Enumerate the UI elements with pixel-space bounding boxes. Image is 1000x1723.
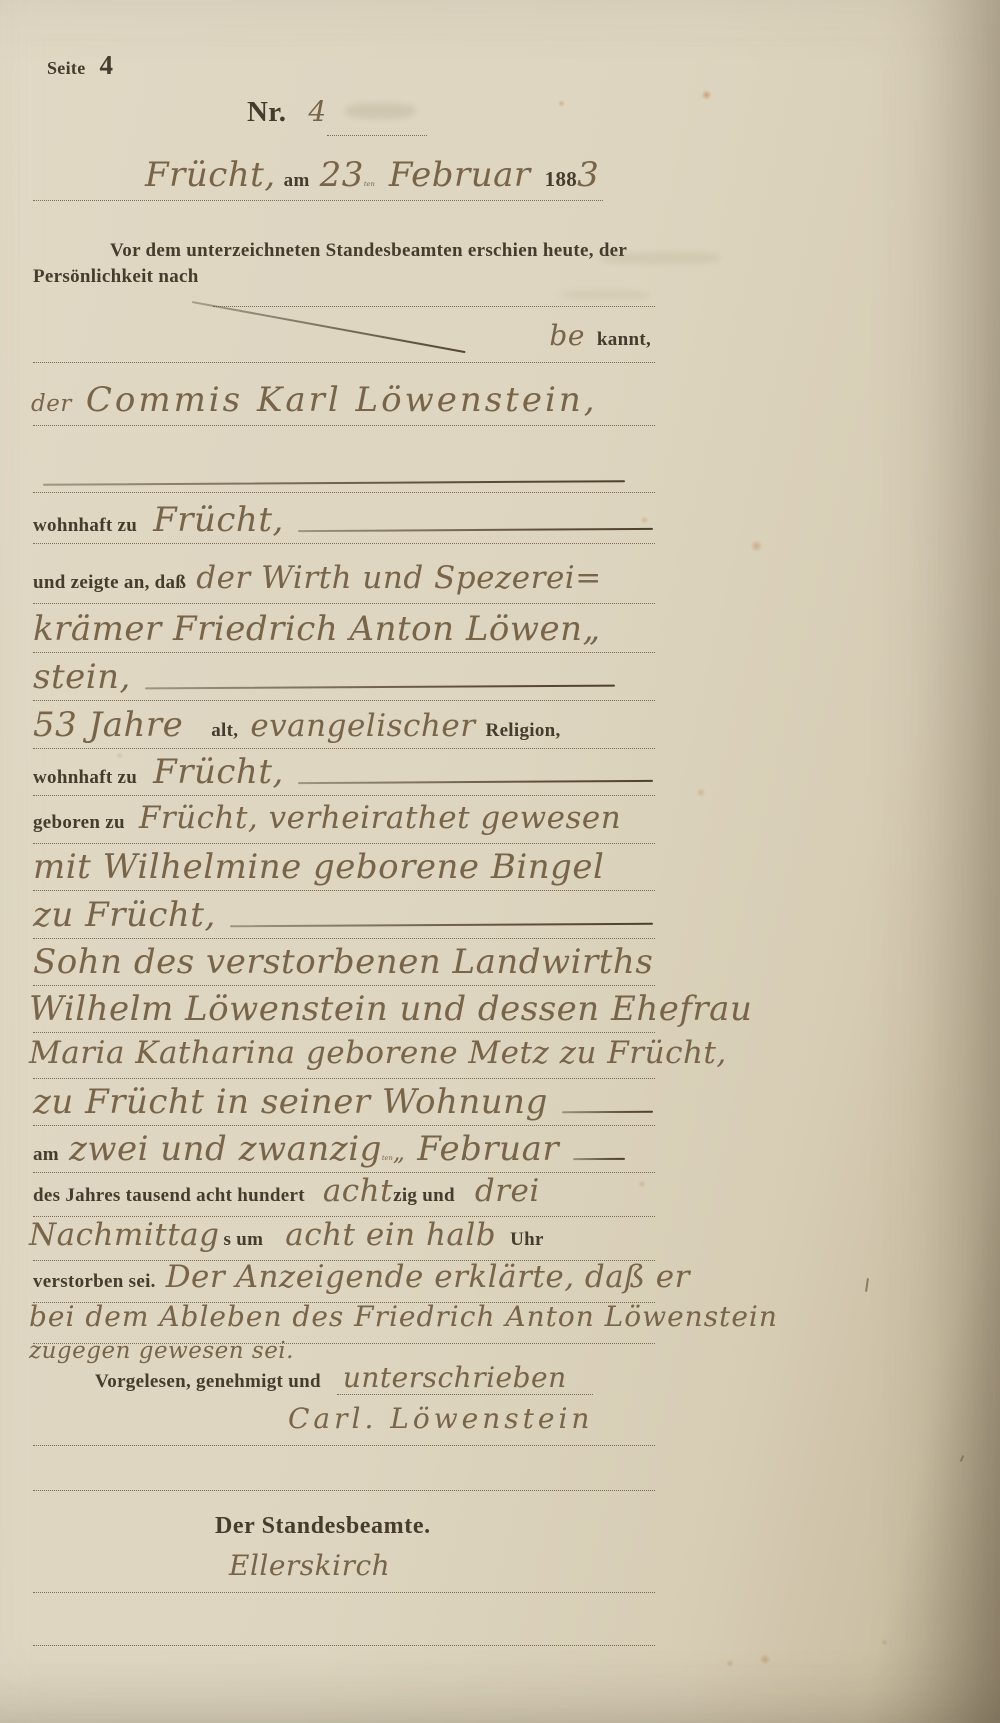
page-number-header: Seite 4 — [47, 52, 167, 86]
spouse-place-hand: zu Frücht, — [33, 898, 216, 932]
vorgelesen-line: Vorgelesen, genehmigt und unterschrieben — [33, 1364, 603, 1400]
foxing-spot — [881, 1639, 888, 1646]
death-date-line: am zwei und zwanzig ten „ Februar — [33, 1132, 655, 1173]
religion-hand: evangelischer — [250, 711, 475, 742]
death-day-suffix: ten — [382, 1155, 393, 1162]
dotted-rule — [327, 135, 427, 136]
record-number-line: Nr. 4 — [247, 98, 427, 136]
stein-line: stein, — [33, 660, 655, 701]
hand-rule — [230, 923, 653, 928]
wohnung-hand: zu Frücht in seiner Wohnung — [33, 1085, 548, 1119]
mother-line: Maria Katharina geborene Metz zu Frücht, — [33, 1038, 655, 1079]
declarant-name: Commis Karl Löwenstein, — [86, 383, 598, 417]
am-label: am — [33, 1145, 59, 1164]
wohnhaft-label: wohnhaft zu — [33, 516, 137, 535]
wohnhaft-label: wohnhaft zu — [33, 768, 137, 787]
dateline-year-printed: 188 — [545, 169, 577, 190]
sohn-hand: Sohn des verstorbenen Landwirths — [33, 945, 653, 979]
religion-label: Religion, — [486, 721, 561, 740]
intro-text: Vor dem unterzeichneten Standesbeamten e… — [110, 241, 627, 260]
unterschrieben-hand: unterschrieben — [337, 1364, 593, 1395]
blank-crossed-line — [33, 452, 655, 493]
father-line-2: Wilhelm Löwenstein und dessen Ehefrau — [33, 992, 655, 1033]
death-month-hand: Februar — [417, 1132, 559, 1166]
stein-hand: stein, — [33, 660, 131, 694]
hand-rule — [573, 1158, 625, 1160]
registrar-signature-line: Ellerskirch — [33, 1552, 655, 1593]
ableben-hand: bei dem Ableben des Friedrich Anton Löwe… — [29, 1303, 778, 1331]
residence-line-2: wohnhaft zu Frücht, — [33, 755, 655, 796]
age-hand: 53 Jahre — [33, 708, 183, 742]
registrar-signature: Ellerskirch — [229, 1552, 390, 1580]
declarant-der: der — [31, 393, 72, 416]
vorgelesen-label: Vorgelesen, genehmigt und — [95, 1372, 321, 1391]
alt-label: alt, — [211, 721, 238, 740]
dotted-rule — [213, 306, 655, 307]
intro-line: Vor dem unterzeichneten Standesbeamten e… — [33, 241, 655, 267]
nr-value: 4 — [308, 98, 326, 126]
death-day-hand: zwei und zwanzig — [69, 1132, 382, 1166]
persoenlichkeit-line: Persönlichkeit nach — [33, 267, 655, 307]
dateline-month: Februar — [389, 158, 531, 192]
kannt-printed: kannt, — [597, 330, 651, 349]
geboren-hand: Frücht, verheirathet gewesen — [139, 803, 621, 834]
hand-rule — [43, 480, 625, 486]
year-printed-2: zig und — [393, 1186, 455, 1205]
erklaerte-hand: Der Anzeigende erklärte, daß er — [166, 1262, 690, 1293]
father-line-1: Sohn des verstorbenen Landwirths — [33, 945, 655, 986]
zugegen-hand: zugegen gewesen sei. — [29, 1340, 294, 1363]
dateline-day-suffix: ten — [364, 181, 375, 188]
time-printed-2: Uhr — [510, 1230, 544, 1249]
ink-mark — [865, 1278, 869, 1292]
deceased-statement-line: verstorben sei. Der Anzeigende erklärte,… — [33, 1262, 655, 1303]
foxing-spot — [759, 1654, 771, 1665]
foxing-spot — [750, 540, 763, 552]
dateline-year-hand: 3 — [577, 158, 599, 192]
persoenlichkeit-text: Persönlichkeit nach — [33, 267, 199, 286]
zeigte-label: und zeigte an, daß — [33, 573, 186, 592]
foxing-spot — [726, 1660, 734, 1667]
dateline-place: Frücht, — [145, 158, 276, 192]
be-hand: be — [549, 322, 585, 350]
geboren-label: geboren zu — [33, 813, 125, 832]
registrar-heading: Der Standesbeamte. — [215, 1514, 431, 1538]
maria-hand: Maria Katharina geborene Metz zu Frücht, — [29, 1038, 727, 1069]
wilhelm-hand: Wilhelm Löwenstein und dessen Ehefrau — [29, 992, 752, 1026]
residence-place: Frücht, — [153, 755, 284, 789]
foxing-spot — [696, 788, 706, 797]
nr-label: Nr. — [247, 98, 286, 127]
page-number: 4 — [99, 52, 113, 79]
spouse-hand: mit Wilhelmine geborene Bingel — [33, 850, 604, 884]
death-time-line: Nachmittag s um acht ein halb Uhr — [33, 1220, 655, 1261]
time-hand-1: Nachmittag — [29, 1220, 220, 1251]
kraemer-hand: krämer Friedrich Anton Löwen„ — [33, 612, 601, 646]
hand-rule — [298, 780, 653, 784]
year-hand-1: acht — [323, 1176, 393, 1207]
foxing-spot — [701, 90, 712, 100]
foxing-spot — [558, 100, 565, 107]
year-hand-2: drei — [475, 1176, 540, 1207]
bekannt-line: be kannt, — [33, 322, 655, 363]
year-printed-1: des Jahres tausend acht hundert — [33, 1186, 305, 1205]
dateline-day: 23 — [320, 158, 364, 192]
hand-rule — [298, 528, 653, 532]
verstorben-label: verstorben sei. — [33, 1272, 156, 1291]
hand-rule — [562, 1111, 653, 1114]
residence-place: Frücht, — [153, 503, 284, 537]
age-religion-line: 53 Jahre alt, evangelischer Religion, — [33, 708, 655, 749]
seite-label: Seite — [47, 59, 85, 77]
death-place-line: zu Frücht in seiner Wohnung — [33, 1085, 655, 1126]
empty-dotted-line — [33, 1490, 655, 1491]
declarant-line: der Commis Karl Löwenstein, — [33, 383, 655, 426]
declarant-signature: Carl. Löwenstein — [288, 1405, 593, 1433]
dateline: Frücht, am 23 ten Februar 188 3 — [33, 158, 603, 201]
hand-rule — [145, 685, 615, 690]
registrar-heading-line: Der Standesbeamte. — [215, 1514, 515, 1546]
empty-dotted-line — [33, 1645, 655, 1646]
death-year-line: des Jahres tausend acht hundert acht zig… — [33, 1176, 655, 1217]
time-hand-2: acht ein halb — [285, 1220, 496, 1251]
report-line: und zeigte an, daß der Wirth und Spezere… — [33, 563, 655, 604]
declarant-signature-line: Carl. Löwenstein — [33, 1405, 655, 1446]
time-printed-1: s um — [224, 1230, 264, 1249]
spouse-place-line: zu Frücht, — [33, 898, 655, 939]
spouse-line: mit Wilhelmine geborene Bingel — [33, 850, 655, 891]
dateline-am: am — [284, 171, 310, 190]
residence-line-1: wohnhaft zu Frücht, — [33, 503, 655, 544]
birthplace-line: geboren zu Frücht, verheirathet gewesen — [33, 803, 655, 844]
zeigte-hand: der Wirth und Spezerei= — [196, 563, 601, 594]
death-register-page: Seite 4 Nr. 4 Frücht, am 23 ten Februar … — [0, 0, 1000, 1723]
kraemer-line: krämer Friedrich Anton Löwen„ — [33, 612, 655, 653]
ink-mark — [960, 1455, 965, 1462]
continuation-quote: „ — [393, 1142, 405, 1165]
